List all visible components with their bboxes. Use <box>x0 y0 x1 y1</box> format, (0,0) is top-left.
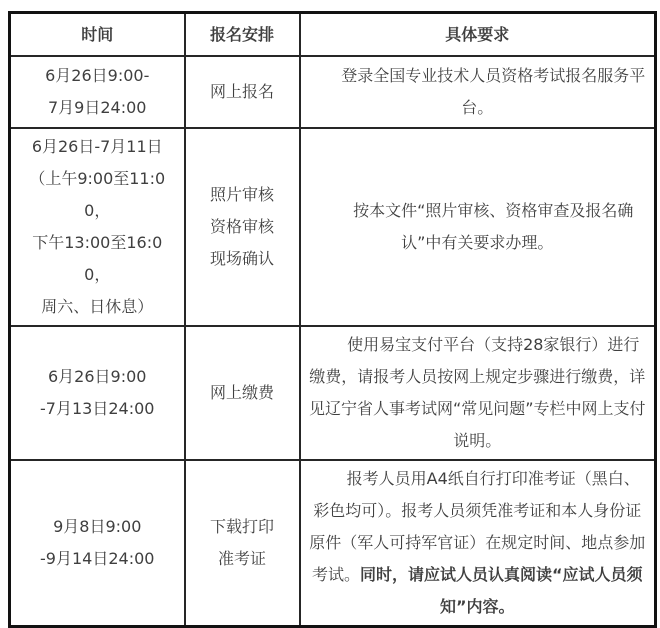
requirement-cell: 登录全国专业技术人员资格考试报名服务平台。 <box>300 56 656 128</box>
requirement-cell: 按本文件“照片审核、资格审查及报名确认”中有关要求办理。 <box>300 128 656 326</box>
exam-schedule-table: 时间 报名安排 具体要求 6月26日9:00- 7月9日24:00 网上报名 登… <box>8 11 657 628</box>
table-row-print-admission-ticket: 9月8日9:00 -9月14日24:00 下载打印 准考证 报考人员用A4纸自行… <box>10 460 656 627</box>
arrangement-cell: 照片审核 资格审核 现场确认 <box>185 128 300 326</box>
table-row-photo-review: 6月26日-7月11日 （上午9:00至11:0 0， 下午13:00至16:0… <box>10 128 656 326</box>
time-cell: 6月26日9:00- 7月9日24:00 <box>10 56 185 128</box>
header-arrangement: 报名安排 <box>185 13 300 57</box>
table-row-online-payment: 6月26日9:00 -7月13日24:00 网上缴费 使用易宝支付平台（支持28… <box>10 326 656 460</box>
page: 时间 报名安排 具体要求 6月26日9:00- 7月9日24:00 网上报名 登… <box>8 11 657 628</box>
requirement-text: 登录全国专业技术人员资格考试报名服务平台。 <box>341 66 645 117</box>
requirement-cell: 使用易宝支付平台（支持28家银行）进行缴费，请报考人员按网上规定步骤进行缴费，详… <box>300 326 656 460</box>
time-cell: 6月26日9:00 -7月13日24:00 <box>10 326 185 460</box>
header-time: 时间 <box>10 13 185 57</box>
time-cell: 6月26日-7月11日 （上午9:00至11:0 0， 下午13:00至16:0… <box>10 128 185 326</box>
arrangement-cell: 网上缴费 <box>185 326 300 460</box>
arrangement-cell: 网上报名 <box>185 56 300 128</box>
header-requirement: 具体要求 <box>300 13 656 57</box>
table-row-online-registration: 6月26日9:00- 7月9日24:00 网上报名 登录全国专业技术人员资格考试… <box>10 56 656 128</box>
table-header-row: 时间 报名安排 具体要求 <box>10 13 656 57</box>
requirement-text: 使用易宝支付平台（支持28家银行）进行缴费，请报考人员按网上规定步骤进行缴费，详… <box>309 335 646 450</box>
time-cell: 9月8日9:00 -9月14日24:00 <box>10 460 185 627</box>
arrangement-cell: 下载打印 准考证 <box>185 460 300 627</box>
requirement-cell: 报考人员用A4纸自行打印准考证（黑白、彩色均可）。报考人员须凭准考证和本人身份证… <box>300 460 656 627</box>
requirement-bold-text: 同时，请应试人员认真阅读“应试人员须知”内容。 <box>360 565 643 616</box>
requirement-text: 按本文件“照片审核、资格审查及报名确认”中有关要求办理。 <box>353 201 633 252</box>
